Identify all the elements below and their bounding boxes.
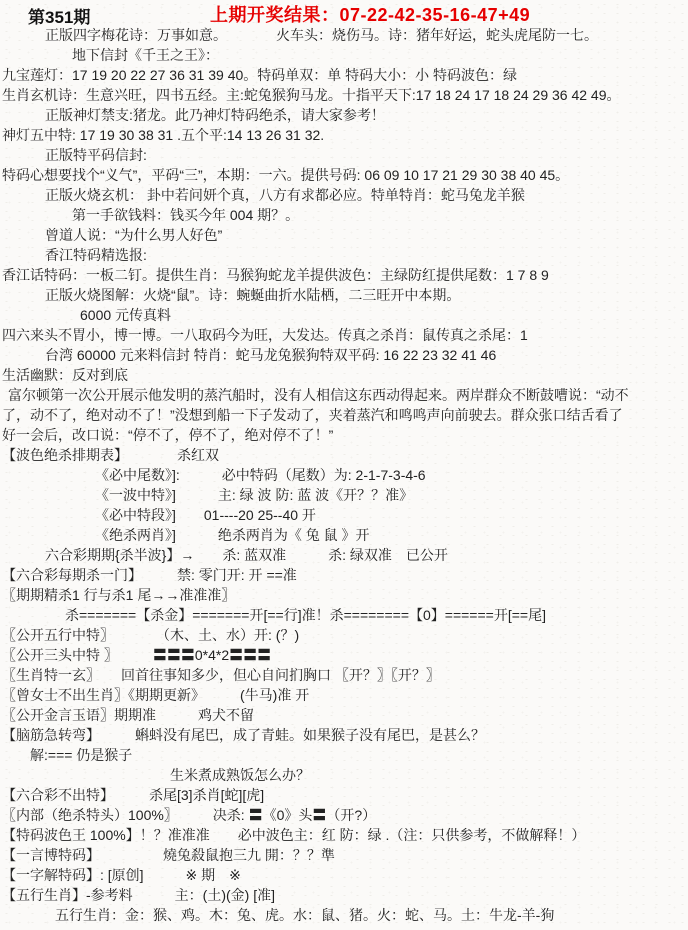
line-shengmi: 生米煮成熟饭怎么办？ — [0, 765, 688, 785]
last-draw-results: 上期开奖结果：07-22-42-35-16-47+49 — [210, 1, 530, 27]
line-wuxing-zhongte: 〖公开五行中特〗 （木、土、水）开: (？) — [0, 625, 688, 645]
line-jiubao-liandeng: 九宝莲灯：17 19 20 22 27 36 31 39 40。特码单双：单 特… — [0, 65, 688, 85]
line-taiwan-60000: 台湾 60000 元来料信封 特肖：蛇马龙兔猴狗特双平码: 16 22 23 3… — [0, 345, 688, 365]
line-shengxiao-teyixuan: 〖生肖特一玄〗 回首往事知多少，但心自问扪胸口 〖开？〗〖开？〗 — [0, 665, 688, 685]
line-huoshao-tujie: 正版火烧图解：火烧“鼠”。诗：蜿蜒曲折水陆栖，二三旺开中本期。 — [0, 285, 688, 305]
line-zengdaoren: 曾道人说：“为什么男人好色” — [0, 225, 688, 245]
line-shenghuo-youmo: 生活幽默：反对到底 — [0, 365, 688, 385]
line-bose-juesha-paiqibiao: 【波色绝杀排期表】 杀红双 — [0, 445, 688, 465]
line-juesha-liangxiao: 《绝杀两肖》] 绝杀两肖为《 兔 鼠 》开 — [0, 525, 688, 545]
line-huoshao-xuanji: 正版火烧玄机： 卦中若问妍个真，八方有求都必应。特单特肖：蛇马兔龙羊猴 — [0, 185, 688, 205]
line-shendeng-wuzhongte: 神灯五中特: 17 19 30 38 31 .五个平:14 13 26 31 3… — [0, 125, 688, 145]
line-buchute: 【六合彩不出特】 杀尾[3]杀肖[蛇][虎] — [0, 785, 688, 805]
line-wuxing-shengxiao-title: 【五行生肖】-参考料 主：(土)(金) [准] — [0, 885, 688, 905]
line-story-2: 了，动不了，绝对动不了！”没想到船一下子发动了，夹着蒸汽和鸣鸣声向前驶去。群众张… — [0, 405, 688, 425]
line-shengxiao-xuanji: 生肖玄机诗：生意兴旺，四书五经。主:蛇兔猴狗马龙。十指平天下:17 18 24 … — [0, 85, 688, 105]
line-zengnvshi: 〖曾女士不出生肖〗《期期更新》 (牛马)准 开 — [0, 685, 688, 705]
line-neibu-juesha-tetou: 〖内部（绝杀特头）100%〗 决杀: 〓《0》头〓（开?） — [0, 805, 688, 825]
sheet-header: 第351期 上期开奖结果：07-22-42-35-16-47+49 — [0, 0, 688, 25]
line-yiyan-botema: 【一言博特码】 燒兔殺鼠抱三九 開：？？準 — [0, 845, 688, 865]
line-shendeng-jinzhi: 正版神灯禁支:猪龙。此乃神灯特码绝杀，请大家参考！ — [0, 105, 688, 125]
line-naojin-jizhuanwan: 【脑筋急转弯】 蝌蚪没有尾巴，成了青蛙。如果猴子没有尾巴，是甚么？ — [0, 725, 688, 745]
line-diyishou-yuqianliao: 第一手欲钱料：钱买今年 004 期？。 — [0, 205, 688, 225]
line-meihua-poem: 正版四字梅花诗：万事如意。 火车头：烧伤马。诗：猪年好运，蛇头虎尾防一七。 — [0, 25, 688, 45]
line-yizi-jietema: 【一字解特码】: [原创] ※ 期 ※ — [0, 865, 688, 885]
line-jingsha-detail: 杀=======【杀金】=======开[==行]准！杀========【0】=… — [0, 605, 688, 625]
document-body: 正版四字梅花诗：万事如意。 火车头：烧伤马。诗：猪年好运，蛇头虎尾防一七。地下信… — [0, 25, 688, 925]
line-bizhong-teduan: 《必中特段》] 01----20 25--40 开 — [0, 505, 688, 525]
line-xiangjiang-jingxuanbao: 香江特码精选报: — [0, 245, 688, 265]
line-meiqi-shayimen: 【六合彩每期杀一门】 禁: 零门开: 开 ==准 — [0, 565, 688, 585]
line-jingsha-title: 〖期期精杀1 行与杀1 尾→→准准准〗 — [0, 585, 688, 605]
line-santou-zhongte: 〖公开三头中特 〗 〓〓〓0*4*2〓〓〓 — [0, 645, 688, 665]
line-bizhong-weishu: 《必中尾数》]: 必中特码（尾数）为: 2-1-7-3-4-6 — [0, 465, 688, 485]
line-dixia-xinfeng: 地下信封《千王之王》： — [0, 45, 688, 65]
line-shabanbo: 六合彩期期{杀半波}】→ 杀: 蓝双准 杀: 绿双准 已公开 — [0, 545, 688, 565]
line-siliu-laitou: 四六来头不胃小，博一博。一八取码今为旺，大发达。传真之杀肖：鼠传真之杀尾：1 — [0, 325, 688, 345]
line-tema-yiqi: 特码心想要找个“义气”，平码“三”，本期：一六。提供号码: 06 09 10 1… — [0, 165, 688, 185]
line-chuanzhenliao-6000: 6000 元传真料 — [0, 305, 688, 325]
line-story-1: 富尔顿第一次公开展示他发明的蒸汽船时，没有人相信这东西动得起来。两岸群众不断鼓嘈… — [0, 385, 688, 405]
line-xiangjiang-huatema: 香江话特码：一板二钉。提供生肖：马猴狗蛇龙羊提供波色：主绿防红提供尾数：1 7 … — [0, 265, 688, 285]
line-wuxing-shengxiao-detail: 五行生肖：金：猴、鸡。木：兔、虎。水：鼠、猪。火：蛇、马。土：牛龙-羊-狗 — [0, 905, 688, 925]
line-yibo-zhongte: 《一波中特》] 主: 绿 波 防: 蓝 波《开？？准》 — [0, 485, 688, 505]
lottery-tip-sheet: 第351期 上期开奖结果：07-22-42-35-16-47+49 正版四字梅花… — [0, 0, 688, 930]
line-tema-bosewang: 【特码波色王 100%】！？准准准 必中波色主：红 防：绿 .（注：只供参考，不… — [0, 825, 688, 845]
line-tepingma-xinfeng: 正版特平码信封: — [0, 145, 688, 165]
line-jie-answer: 解:=== 仍是猴子 — [0, 745, 688, 765]
line-jinyan-yuyu: 〖公开金言玉语〗期期准 鸡犬不留 — [0, 705, 688, 725]
line-story-3: 好一会后，改口说：“停不了，停不了，绝对停不了！” — [0, 425, 688, 445]
